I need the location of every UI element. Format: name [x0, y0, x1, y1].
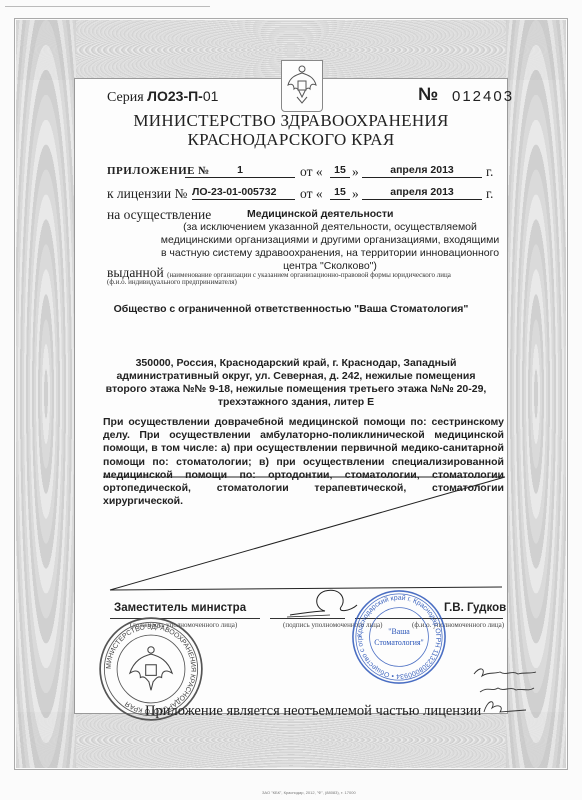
appendix-from-label: от «: [300, 164, 323, 180]
ornament-border-left: [16, 20, 76, 768]
series-caption: Серия: [107, 90, 144, 105]
activity-type: Медицинской деятельности: [247, 208, 394, 220]
company-stamp: Краснодарский край г. Краснодар ОГРН 113…: [350, 588, 448, 686]
appendix-year-suffix: г.: [486, 164, 493, 180]
series-value: ЛО23-П-: [147, 88, 203, 104]
appendix-statement: Приложение является неотъемлемой частью …: [145, 703, 481, 720]
number-sign: №: [418, 84, 438, 105]
license-month-year: апреля 2013: [362, 186, 482, 200]
svg-text:Стоматология": Стоматология": [374, 638, 424, 647]
signatory-position: Заместитель министра: [114, 602, 246, 614]
license-label: к лицензии №: [107, 186, 187, 202]
license-number: ЛО-23-01-005732: [192, 186, 295, 200]
series-label: Серия ЛО23-П-01: [107, 88, 218, 106]
appendix-day: 15: [330, 164, 350, 178]
signatory-name: Г.В. Гудков: [444, 602, 506, 614]
series-suffix: 01: [203, 88, 219, 104]
form-number: 012403: [452, 88, 514, 105]
ministry-title-line2: КРАСНОДАРСКОГО КРАЯ: [74, 130, 508, 150]
svg-text:МИНИСТЕРСТВО ЗДРАВООХРАНЕНИЯ К: МИНИСТЕРСТВО ЗДРАВООХРАНЕНИЯ КРАСНОДАРСК…: [106, 624, 197, 715]
organization-address: 350000, Россия, Краснодарский край, г. К…: [105, 357, 487, 409]
ornament-border-right: [506, 20, 566, 768]
ministry-stamp-ring-text: МИНИСТЕРСТВО ЗДРАВООХРАНЕНИЯ КРАСНОДАРСК…: [106, 624, 197, 715]
coat-of-arms-icon: [281, 60, 323, 112]
license-day: 15: [330, 186, 350, 200]
printer-imprint: ЗАО "КБК", Краснодар, 2012, "Ф", (88083)…: [262, 790, 356, 795]
ministry-title-line1: МИНИСТЕРСТВО ЗДРАВООХРАНЕНИЯ: [74, 111, 508, 131]
licensed-services: При осуществлении доврачебной медицинско…: [103, 416, 504, 508]
license-from-label: от «: [300, 186, 323, 202]
appendix-day-close: »: [352, 164, 359, 180]
organization-name: Общество с ограниченной ответственностью…: [74, 303, 508, 315]
appendix-number: 1: [185, 164, 295, 178]
issued-note-line2: (ф.и.о. индивидуального предпринимателя): [107, 278, 237, 286]
license-year-suffix: г.: [486, 186, 493, 202]
appendix-month-year: апреля 2013: [362, 164, 482, 178]
license-day-close: »: [352, 186, 359, 202]
scan-edge-line: [5, 6, 210, 7]
svg-text:"Ваша: "Ваша: [388, 627, 410, 636]
